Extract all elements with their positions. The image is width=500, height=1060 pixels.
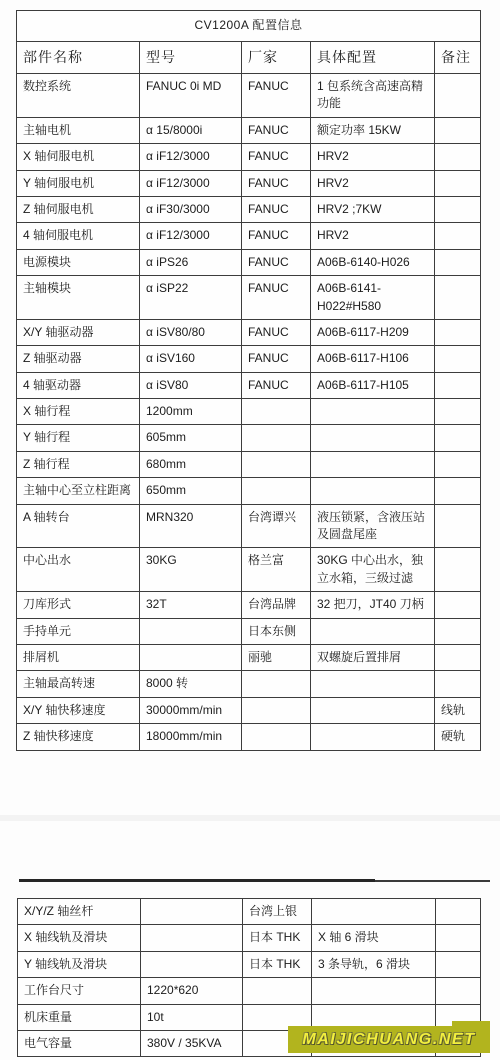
cell-model: 650mm	[140, 478, 242, 504]
cell-part-name: X 轴线轨及滑块	[18, 925, 141, 951]
table-row: X/Y 轴驱动器α iSV80/80FANUCA06B-6117-H209	[17, 319, 481, 345]
cell-part-name: 排屑机	[17, 644, 140, 670]
cell-part-name: Z 轴驱动器	[17, 346, 140, 372]
cell-part-name: 主轴模块	[17, 276, 140, 320]
cell-model: 18000mm/min	[140, 724, 242, 750]
cell-part-name: X/Y 轴驱动器	[17, 319, 140, 345]
cell-config	[311, 697, 435, 723]
cell-note	[435, 372, 481, 398]
cell-maker	[242, 451, 311, 477]
cell-model: α iF30/3000	[140, 196, 242, 222]
header-row: 部件名称 型号 厂家 具体配置 备注	[17, 42, 481, 74]
table-row: A 轴转台MRN320台湾谭兴液压锁紧，含液压站及圆盘尾座	[17, 504, 481, 548]
cell-part-name: 中心出水	[17, 548, 140, 592]
cell-part-name: 4 轴伺服电机	[17, 223, 140, 249]
cell-maker	[242, 399, 311, 425]
cell-note	[435, 425, 481, 451]
cell-maker: FANUC	[242, 319, 311, 345]
cell-model: 10t	[141, 1004, 243, 1030]
cell-model	[140, 644, 242, 670]
cell-note	[436, 899, 481, 925]
table-row: 刀库形式32T台湾品牌32 把刀，JT40 刀柄	[17, 592, 481, 618]
cell-maker	[242, 478, 311, 504]
cell-config: 额定功率 15KW	[311, 117, 435, 143]
spec-table-main: CV1200A 配置信息 部件名称 型号 厂家 具体配置 备注 数控系统FANU…	[16, 10, 481, 751]
cell-note	[435, 144, 481, 170]
cell-part-name: 刀库形式	[17, 592, 140, 618]
table-row: X/Y 轴快移速度30000mm/min线轨	[17, 697, 481, 723]
cell-part-name: X 轴行程	[17, 399, 140, 425]
cell-model: α iF12/3000	[140, 223, 242, 249]
cell-part-name: 电源模块	[17, 249, 140, 275]
cell-maker: 台湾谭兴	[242, 504, 311, 548]
table-row: 手持单元日本东侧	[17, 618, 481, 644]
cell-maker: FANUC	[242, 170, 311, 196]
cell-maker: FANUC	[242, 144, 311, 170]
cell-note	[435, 223, 481, 249]
cell-note	[435, 671, 481, 697]
cell-maker: 格兰富	[242, 548, 311, 592]
cell-model: 380V / 35KVA	[141, 1030, 243, 1056]
cell-config: A06B-6117-H105	[311, 372, 435, 398]
cell-note	[435, 117, 481, 143]
cell-part-name: Y 轴线轨及滑块	[18, 951, 141, 977]
cell-maker	[242, 671, 311, 697]
table-row: X 轴线轨及滑块日本 THKX 轴 6 滑块	[18, 925, 481, 951]
cell-model	[141, 899, 243, 925]
table-row: Z 轴驱动器α iSV160FANUCA06B-6117-H106	[17, 346, 481, 372]
table-row: Z 轴快移速度18000mm/min硬轨	[17, 724, 481, 750]
cell-maker: FANUC	[242, 372, 311, 398]
cell-maker: FANUC	[242, 196, 311, 222]
cell-config: HRV2	[311, 223, 435, 249]
cell-maker: FANUC	[242, 223, 311, 249]
cell-note	[435, 196, 481, 222]
cell-note	[435, 592, 481, 618]
table-row: 4 轴伺服电机α iF12/3000FANUCHRV2	[17, 223, 481, 249]
cell-model	[141, 925, 243, 951]
cell-config: 30KG 中心出水，独立水箱，三级过滤	[311, 548, 435, 592]
cell-part-name: Y 轴行程	[17, 425, 140, 451]
cell-model: 30KG	[140, 548, 242, 592]
separator-rule-thin	[375, 880, 490, 882]
cell-model: α iPS26	[140, 249, 242, 275]
table-row: 电源模块α iPS26FANUCA06B-6140-H026	[17, 249, 481, 275]
cell-maker: FANUC	[242, 117, 311, 143]
cell-maker: 日本 THK	[243, 925, 312, 951]
cell-maker: FANUC	[242, 249, 311, 275]
cell-note	[435, 276, 481, 320]
cell-config: 双螺旋后置排屑	[311, 644, 435, 670]
cell-model: α iSV80	[140, 372, 242, 398]
table-row: Y 轴伺服电机α iF12/3000FANUCHRV2	[17, 170, 481, 196]
cell-note	[435, 478, 481, 504]
cell-config: A06B-6140-H026	[311, 249, 435, 275]
cell-part-name: 手持单元	[17, 618, 140, 644]
cell-part-name: X/Y/Z 轴丝杆	[18, 899, 141, 925]
cell-config	[311, 451, 435, 477]
cell-config	[311, 724, 435, 750]
cell-note: 硬轨	[435, 724, 481, 750]
separator-rule-thick	[19, 879, 375, 882]
cell-part-name: A 轴转台	[17, 504, 140, 548]
cell-note	[436, 978, 481, 1004]
cell-config	[312, 899, 436, 925]
column-header-model: 型号	[140, 42, 242, 74]
cell-part-name: 机床重量	[18, 1004, 141, 1030]
cell-config: A06B-6117-H106	[311, 346, 435, 372]
cell-maker	[242, 724, 311, 750]
cell-note	[435, 399, 481, 425]
cell-config	[311, 671, 435, 697]
cell-note	[435, 74, 481, 118]
table-row: X 轴伺服电机α iF12/3000FANUCHRV2	[17, 144, 481, 170]
table-row: 主轴模块α iSP22FANUCA06B-6141-H022#H580	[17, 276, 481, 320]
cell-note: 线轨	[435, 697, 481, 723]
page-title: CV1200A 配置信息	[17, 11, 481, 42]
cell-model: α iSP22	[140, 276, 242, 320]
cell-model	[141, 951, 243, 977]
table-row: 数控系统FANUC 0i MDFANUC1 包系统含高速高精功能	[17, 74, 481, 118]
cell-model: 605mm	[140, 425, 242, 451]
spec-table-main-body: 数控系统FANUC 0i MDFANUC1 包系统含高速高精功能主轴电机α 15…	[17, 74, 481, 751]
cell-config: HRV2	[311, 144, 435, 170]
cell-part-name: X 轴伺服电机	[17, 144, 140, 170]
cell-maker: 日本东侧	[242, 618, 311, 644]
cell-config	[311, 478, 435, 504]
cell-config	[312, 978, 436, 1004]
cell-model: α iSV160	[140, 346, 242, 372]
cell-note	[435, 618, 481, 644]
table-row: 主轴中心至立柱距离650mm	[17, 478, 481, 504]
cell-model: 30000mm/min	[140, 697, 242, 723]
cell-model: α iSV80/80	[140, 319, 242, 345]
table-row: 排屑机丽驰双螺旋后置排屑	[17, 644, 481, 670]
title-row: CV1200A 配置信息	[17, 11, 481, 42]
cell-model: α 15/8000i	[140, 117, 242, 143]
cell-part-name: 主轴中心至立柱距离	[17, 478, 140, 504]
cell-config: 1 包系统含高速高精功能	[311, 74, 435, 118]
cell-config: HRV2 ;7KW	[311, 196, 435, 222]
cell-config	[311, 425, 435, 451]
cell-note	[435, 644, 481, 670]
cell-config: HRV2	[311, 170, 435, 196]
cell-model: 1220*620	[141, 978, 243, 1004]
cell-model: α iF12/3000	[140, 144, 242, 170]
table-row: 中心出水30KG格兰富30KG 中心出水，独立水箱，三级过滤	[17, 548, 481, 592]
cell-note	[435, 319, 481, 345]
table-row: Y 轴线轨及滑块日本 THK3 条导轨，6 滑块	[18, 951, 481, 977]
cell-config: 3 条导轨，6 滑块	[312, 951, 436, 977]
cell-maker: 台湾品牌	[242, 592, 311, 618]
table-row: 主轴电机α 15/8000iFANUC额定功率 15KW	[17, 117, 481, 143]
cell-model: α iF12/3000	[140, 170, 242, 196]
table-row: Z 轴行程680mm	[17, 451, 481, 477]
cell-part-name: 主轴电机	[17, 117, 140, 143]
cell-maker: 台湾上银	[243, 899, 312, 925]
cell-config: 液压锁紧，含液压站及圆盘尾座	[311, 504, 435, 548]
cell-config: A06B-6141-H022#H580	[311, 276, 435, 320]
cell-note	[435, 249, 481, 275]
cell-note	[435, 346, 481, 372]
cell-note	[435, 451, 481, 477]
cell-model: 1200mm	[140, 399, 242, 425]
cell-model: 32T	[140, 592, 242, 618]
cell-model: FANUC 0i MD	[140, 74, 242, 118]
cell-note	[435, 170, 481, 196]
document-page: CV1200A 配置信息 部件名称 型号 厂家 具体配置 备注 数控系统FANU…	[0, 0, 500, 1060]
table-row: 4 轴驱动器α iSV80FANUCA06B-6117-H105	[17, 372, 481, 398]
page-break-band	[0, 815, 500, 821]
cell-part-name: Y 轴伺服电机	[17, 170, 140, 196]
cell-part-name: Z 轴伺服电机	[17, 196, 140, 222]
cell-config: X 轴 6 滑块	[312, 925, 436, 951]
cell-model	[140, 618, 242, 644]
cell-config: A06B-6117-H209	[311, 319, 435, 345]
cell-config	[311, 399, 435, 425]
cell-model: 680mm	[140, 451, 242, 477]
cell-maker	[242, 425, 311, 451]
cell-maker	[243, 978, 312, 1004]
watermark-text: MAIJICHUANG.NET	[302, 1031, 475, 1049]
cell-part-name: 数控系统	[17, 74, 140, 118]
cell-model: MRN320	[140, 504, 242, 548]
cell-config	[311, 618, 435, 644]
cell-maker: 日本 THK	[243, 951, 312, 977]
cell-part-name: 主轴最高转速	[17, 671, 140, 697]
cell-part-name: Z 轴行程	[17, 451, 140, 477]
table-row: Z 轴伺服电机α iF30/3000FANUCHRV2 ;7KW	[17, 196, 481, 222]
column-header-maker: 厂家	[242, 42, 311, 74]
cell-part-name: 4 轴驱动器	[17, 372, 140, 398]
cell-maker	[242, 697, 311, 723]
cell-model: 8000 转	[140, 671, 242, 697]
column-header-part-name: 部件名称	[17, 42, 140, 74]
table-row: Y 轴行程605mm	[17, 425, 481, 451]
watermark: MAIJICHUANG.NET	[288, 1026, 490, 1053]
cell-maker: FANUC	[242, 346, 311, 372]
table-row: 工作台尺寸1220*620	[18, 978, 481, 1004]
cell-part-name: 电气容量	[18, 1030, 141, 1056]
cell-note	[435, 548, 481, 592]
cell-part-name: X/Y 轴快移速度	[17, 697, 140, 723]
cell-maker: FANUC	[242, 74, 311, 118]
cell-note	[435, 504, 481, 548]
column-header-note: 备注	[435, 42, 481, 74]
cell-note	[436, 925, 481, 951]
table-row: X/Y/Z 轴丝杆台湾上银	[18, 899, 481, 925]
cell-part-name: Z 轴快移速度	[17, 724, 140, 750]
cell-maker: FANUC	[242, 276, 311, 320]
table-row: X 轴行程1200mm	[17, 399, 481, 425]
cell-part-name: 工作台尺寸	[18, 978, 141, 1004]
cell-note	[436, 951, 481, 977]
cell-config: 32 把刀，JT40 刀柄	[311, 592, 435, 618]
cell-maker: 丽驰	[242, 644, 311, 670]
table-row: 主轴最高转速8000 转	[17, 671, 481, 697]
column-header-config: 具体配置	[311, 42, 435, 74]
